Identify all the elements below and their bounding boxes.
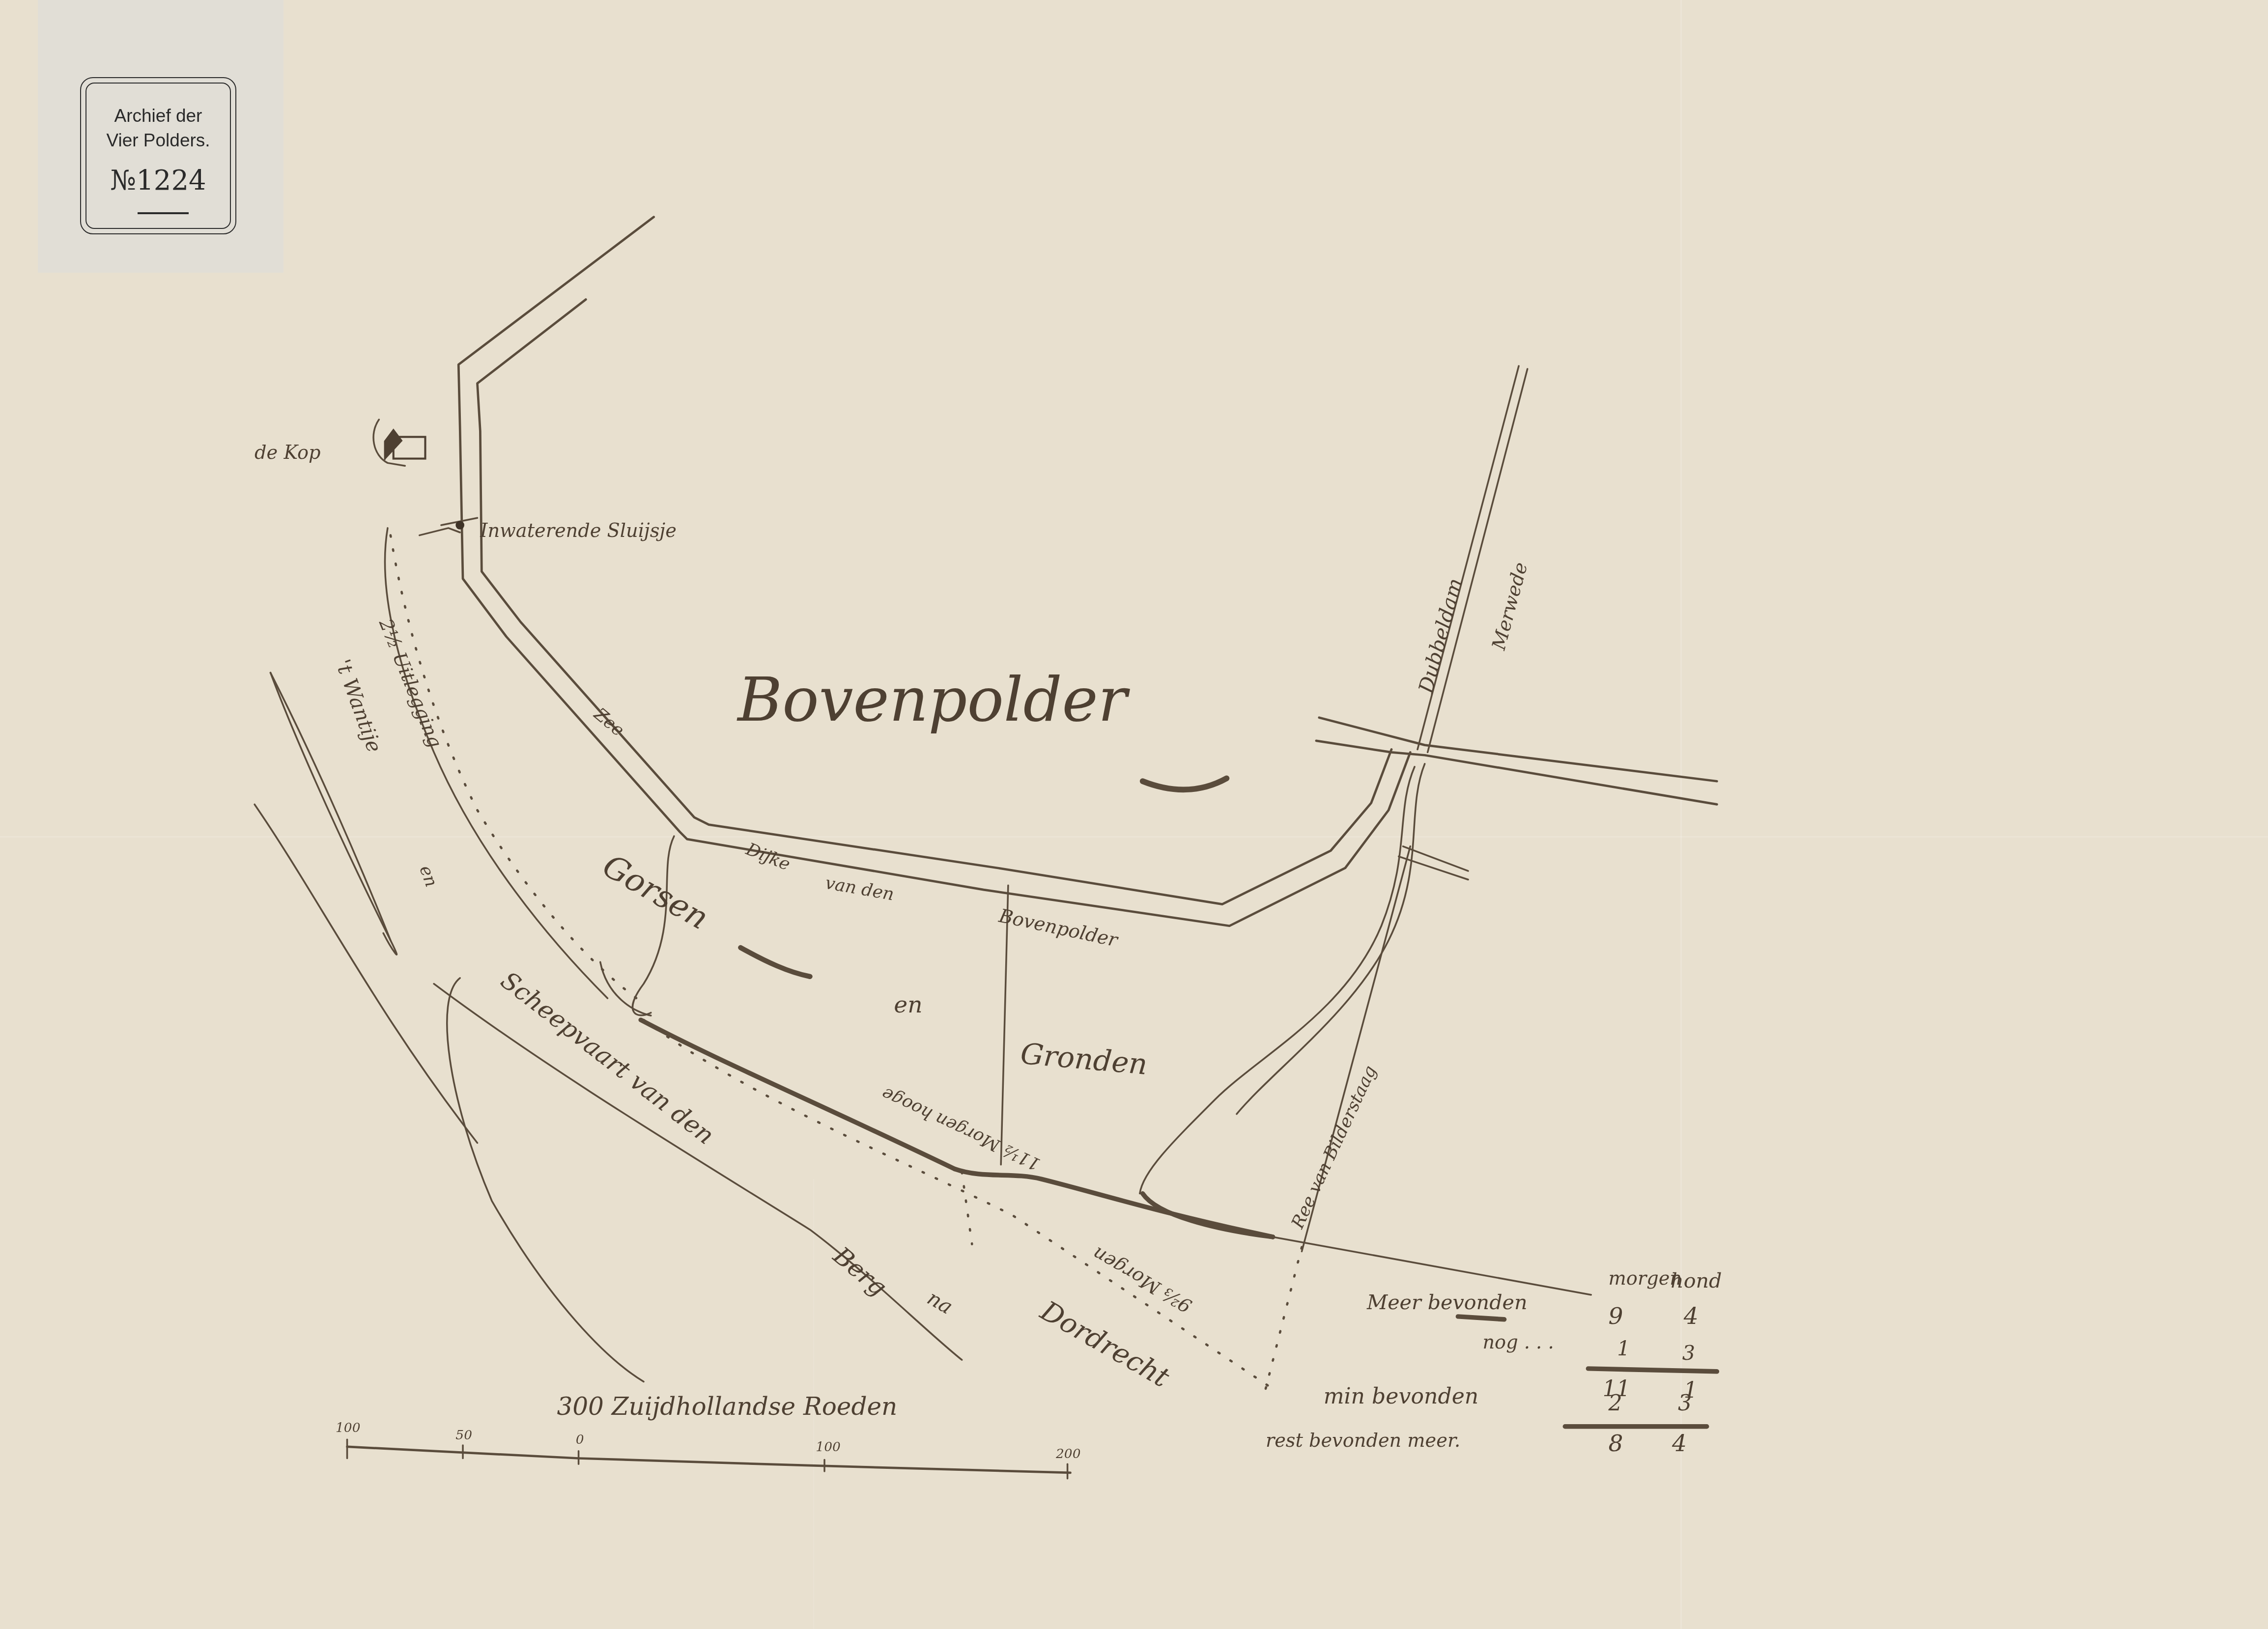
label-dike-1: Dijke xyxy=(743,839,793,874)
dike-bovenpolder xyxy=(458,217,1410,926)
label-morgen-b: 9⅔ Morgen xyxy=(1089,1242,1196,1317)
gorsen-flourish xyxy=(740,948,810,977)
table-row-hond: 4 xyxy=(1672,1430,1687,1457)
label-en: en xyxy=(894,991,922,1018)
label-merwede: Merwede xyxy=(1488,560,1532,653)
scale-tick-label: 100 xyxy=(336,1420,361,1435)
label-schepvaart: Scheepvaart van den xyxy=(495,966,719,1150)
table-row-morgen: 2 xyxy=(1608,1391,1622,1416)
label-de-kop: de Kop xyxy=(255,442,320,464)
scale-tick-label: 100 xyxy=(816,1439,841,1455)
table-row-hond: 3 xyxy=(1682,1341,1695,1365)
label-dubbeldam: Dubbeldam xyxy=(1414,576,1467,696)
table-row-hond: 3 xyxy=(1678,1391,1692,1416)
map-sheet: Archief der Vier Polders. №1224 xyxy=(0,0,2268,1629)
table-header-hond: hond xyxy=(1671,1269,1722,1292)
road-east xyxy=(1316,718,1717,880)
label-dike-2: van den xyxy=(823,873,895,905)
sluice-marker xyxy=(455,521,464,530)
table-row-label: Meer bevonden xyxy=(1366,1291,1528,1314)
label-sluice: Inwaterende Sluijsje xyxy=(480,520,677,542)
label-dordrecht: Dordrecht xyxy=(1035,1294,1175,1394)
house-icon xyxy=(373,420,425,466)
label-uitlegging: 2½ Uitlegging xyxy=(374,615,446,751)
scale-tick-label: 50 xyxy=(455,1428,472,1443)
map-drawing: de Kop Inwaterende Sluijsje Bovenpolder … xyxy=(0,0,2268,1629)
label-dike-3: Bovenpolder xyxy=(996,904,1121,952)
table-row-label: min bevonden xyxy=(1324,1384,1479,1409)
title-flourish xyxy=(1143,778,1227,789)
map-title: Bovenpolder xyxy=(737,665,1130,735)
label-gorsen: Gorsen xyxy=(596,847,715,937)
scale-tick-label: 200 xyxy=(1055,1446,1081,1461)
table-rule-1 xyxy=(1588,1369,1717,1372)
label-gronden: Gronden xyxy=(1019,1037,1149,1081)
label-morgen-a: 11½ Morgen hooge xyxy=(879,1083,1043,1175)
label-na: na xyxy=(923,1286,957,1319)
table-row-label: nog . . . xyxy=(1482,1331,1554,1353)
table-row-morgen: 1 xyxy=(1617,1337,1630,1360)
table-row-label: rest bevonden meer. xyxy=(1266,1430,1460,1452)
scale-bar xyxy=(347,1439,1071,1479)
label-wantje: 't Wantije xyxy=(331,656,387,756)
scale-caption: 300 Zuijdhollandse Roeden xyxy=(557,1392,897,1421)
label-wantje-en: en xyxy=(415,863,441,890)
scale-tick-label: 0 xyxy=(576,1432,584,1447)
table-row-morgen: 8 xyxy=(1609,1430,1623,1457)
table-row-morgen: 9 xyxy=(1609,1303,1623,1330)
label-ree: Ree van Bilderstaag xyxy=(1287,1063,1381,1232)
table-row-hond: 4 xyxy=(1683,1303,1699,1330)
